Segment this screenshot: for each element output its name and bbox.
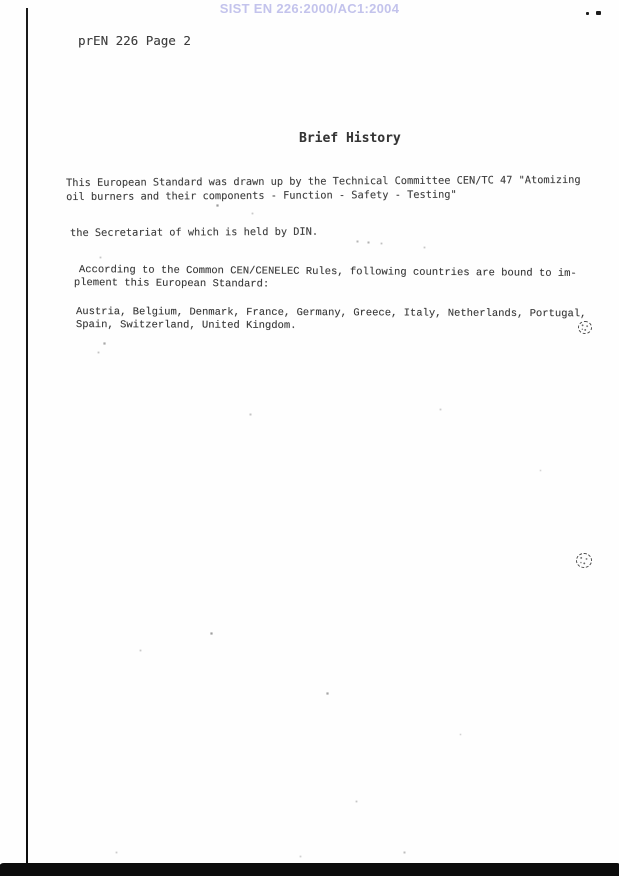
scan-artifact-dash-small bbox=[586, 12, 589, 15]
paragraph-secretariat: the Secretariat of which is held by DIN. bbox=[70, 225, 490, 241]
paragraph-cen-cenelec-rules: According to the Common CEN/CENELEC Rule… bbox=[74, 264, 604, 293]
punch-hole-mark-lower bbox=[576, 553, 592, 568]
page-reference: prEN 226 Page 2 bbox=[78, 33, 191, 48]
punch-hole-mark-upper bbox=[578, 321, 592, 334]
photocopy-noise-specks bbox=[0, 0, 1, 1]
paragraph-drawn-up-by: This European Standard was drawn up by t… bbox=[66, 174, 611, 204]
scan-edge-left bbox=[26, 8, 28, 864]
section-title: Brief History bbox=[299, 131, 401, 146]
scan-artifact-dash-large bbox=[596, 11, 601, 15]
scan-edge-bottom bbox=[0, 863, 619, 876]
paragraph-country-list: Austria, Belgium, Denmark, France, Germa… bbox=[76, 306, 606, 333]
scanned-document-page: SIST EN 226:2000/AC1:2004 prEN 226 Page … bbox=[0, 0, 619, 876]
standard-reference-watermark: SIST EN 226:2000/AC1:2004 bbox=[0, 1, 619, 16]
